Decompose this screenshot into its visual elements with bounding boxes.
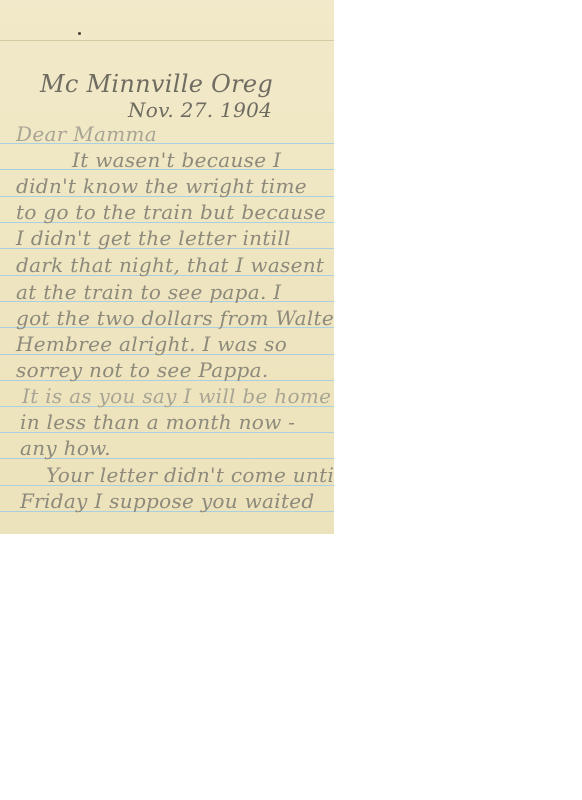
letter-place: Mc Minnville Oreg — [40, 70, 334, 98]
letter-line: in less than a month now - — [20, 410, 334, 434]
letter-line: dark that night, that I wasent — [16, 253, 334, 277]
ink-spot — [78, 32, 81, 35]
letter-line: Hembree alright. I was so — [16, 332, 334, 356]
letter-line: at the train to see papa. I — [16, 280, 334, 304]
letter-line: to go to the train but because — [16, 200, 334, 224]
letter-line: Your letter didn't come untill — [46, 463, 334, 487]
letter-line: It wasen't because I — [72, 148, 334, 172]
letter-line: I didn't get the letter intill — [16, 226, 334, 250]
letter-line: It is as you say I will be home — [22, 384, 334, 408]
letter-line: any how. — [20, 436, 334, 460]
letter-date: Nov. 27. 1904 — [128, 98, 334, 122]
fold-crease — [0, 40, 334, 41]
letter-line: got the two dollars from Walter — [16, 306, 334, 330]
letter-line: didn't know the wright time — [16, 174, 334, 198]
letter-line: Friday I suppose you waited — [20, 489, 334, 513]
letter-line: sorrey not to see Pappa. — [16, 358, 334, 382]
letter-salutation: Dear Mamma — [16, 122, 334, 146]
letter-page: Mc Minnville Oreg Nov. 27. 1904 Dear Mam… — [0, 0, 334, 534]
